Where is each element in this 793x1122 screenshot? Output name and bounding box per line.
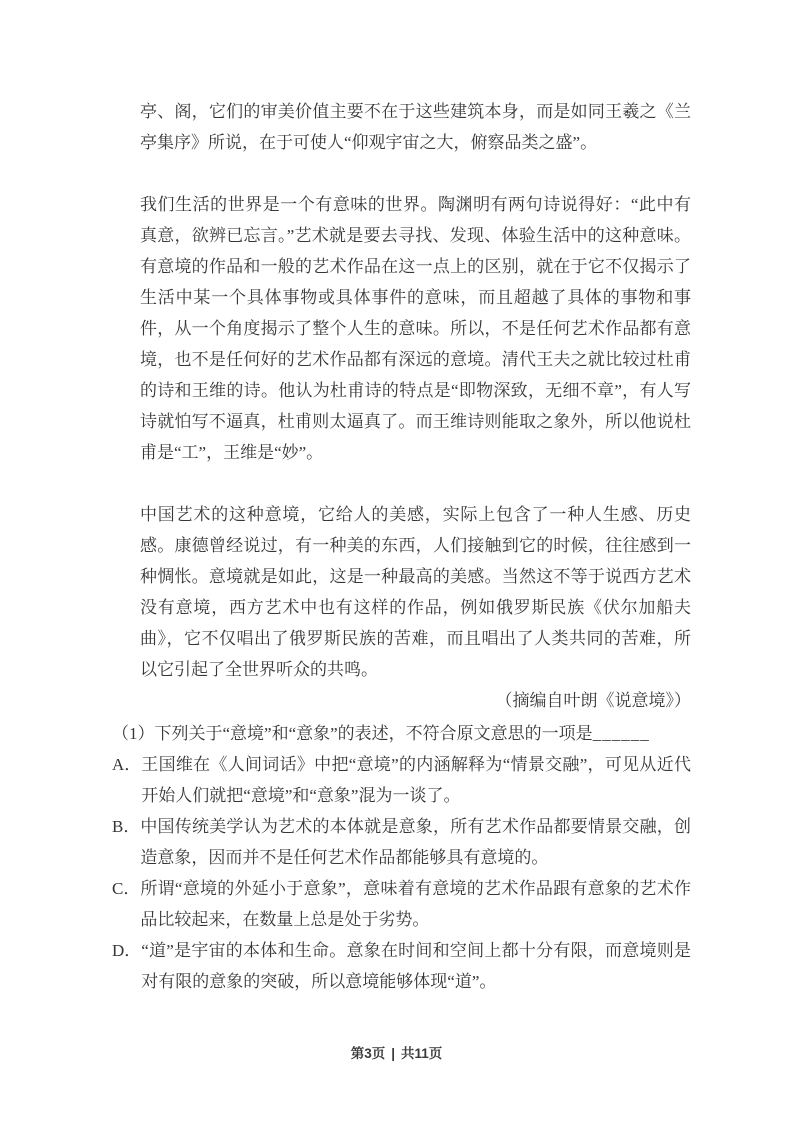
footer-total-pages: 共11页 bbox=[401, 1046, 442, 1061]
attribution-line: （摘编自叶朗《说意境》） bbox=[140, 685, 691, 716]
option-text: 所谓“意境的外延小于意象”，意味着有意境的艺术作品跟有意象的艺术作品比较起来，在… bbox=[140, 873, 691, 935]
question-stem: （1）下列关于“意境”和“意象”的表述，不符合原文意思的一项是______ bbox=[112, 718, 691, 749]
option-label: D． bbox=[112, 935, 141, 997]
page-footer: 第3页|共11页 bbox=[0, 1042, 793, 1062]
question-stem-text: （1）下列关于“意境”和“意象”的表述，不符合原文意思的一项是 bbox=[112, 724, 593, 743]
body-paragraph: 中国艺术的这种意境，它给人的美感，实际上包含了一种人生感、历史感。康德曾经说过，… bbox=[140, 499, 691, 685]
option-text: 中国传统美学认为艺术的本体就是意象，所有艺术作品都要情景交融，创造意象，因而并不… bbox=[140, 811, 691, 873]
footer-separator: | bbox=[391, 1046, 395, 1061]
document-page: 亭、阁，它们的审美价值主要不在于这些建筑本身，而是如同王羲之《兰亭集序》所说，在… bbox=[0, 0, 793, 1122]
option-label: C． bbox=[112, 873, 140, 935]
option-label: B． bbox=[112, 811, 140, 873]
option-text: “道”是宇宙的本体和生命。意象在时间和空间上都十分有限，而意境则是对有限的意象的… bbox=[141, 935, 691, 997]
option-row-a: A． 王国维在《人间词话》中把“意境”的内涵解释为“情景交融”，可见从近代开始人… bbox=[112, 749, 691, 811]
option-label: A． bbox=[112, 749, 141, 811]
answer-blank: ______ bbox=[593, 724, 650, 743]
option-row-c: C． 所谓“意境的外延小于意象”，意味着有意境的艺术作品跟有意象的艺术作品比较起… bbox=[112, 873, 691, 935]
option-row-b: B． 中国传统美学认为艺术的本体就是意象，所有艺术作品都要情景交融，创造意象，因… bbox=[112, 811, 691, 873]
passage-content: 亭、阁，它们的审美价值主要不在于这些建筑本身，而是如同王羲之《兰亭集序》所说，在… bbox=[140, 96, 691, 997]
option-row-d: D． “道”是宇宙的本体和生命。意象在时间和空间上都十分有限，而意境则是对有限的… bbox=[112, 935, 691, 997]
question-block: （1）下列关于“意境”和“意象”的表述，不符合原文意思的一项是______ A．… bbox=[112, 718, 691, 997]
option-text: 王国维在《人间词话》中把“意境”的内涵解释为“情景交融”，可见从近代开始人们就把… bbox=[141, 749, 691, 811]
footer-page-number: 第3页 bbox=[351, 1046, 386, 1061]
body-paragraph: 亭、阁，它们的审美价值主要不在于这些建筑本身，而是如同王羲之《兰亭集序》所说，在… bbox=[140, 96, 691, 158]
body-paragraph: 我们生活的世界是一个有意味的世界。陶渊明有两句诗说得好：“此中有真意，欲辨已忘言… bbox=[140, 189, 691, 468]
